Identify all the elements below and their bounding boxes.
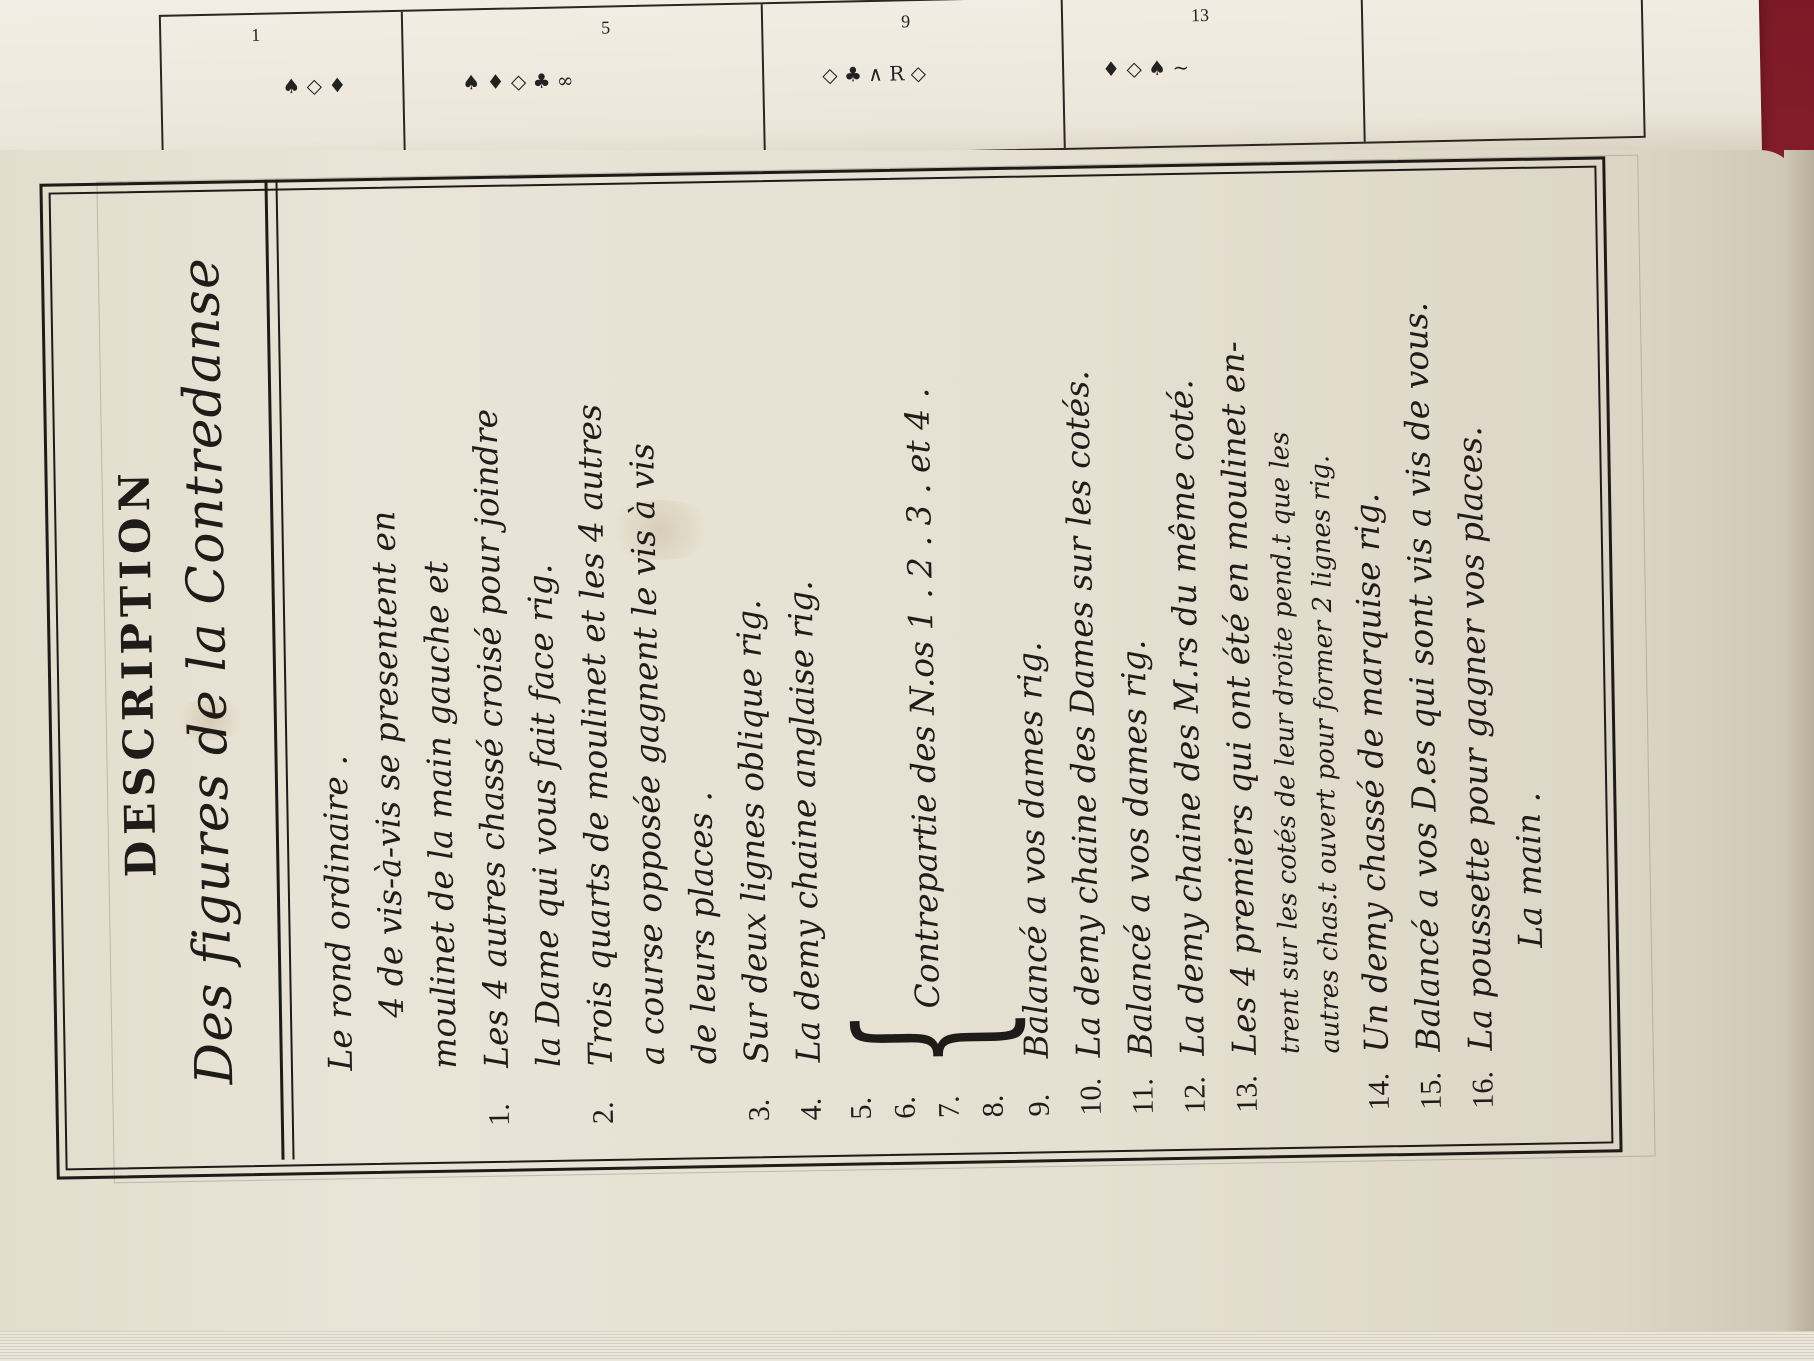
figure-number: 16. [1457,1050,1510,1109]
curly-brace-icon: { [834,1006,1025,1070]
title-block: DESCRIPTION Des figures de la Contredans… [54,180,291,1164]
line-text: Les 4 autres chassé croisé pour joindre [465,409,515,1069]
line-text: de leurs places . [680,791,724,1065]
line-text: Balancé a vos D.es qui sont vis a vis de… [1396,302,1448,1052]
dancer-symbol-icon: ♠ ◇ ♦ [282,73,346,98]
engraved-content: DESCRIPTION Des figures de la Contredans… [49,157,1616,1174]
line-text: trent sur les cotés de leur droite pend.… [1265,431,1306,1054]
diagram-cell: 1 ♠ ◇ ♦ [161,12,406,167]
line-text: Balancé a vos dames rig. [1114,639,1160,1057]
line-text: La demy chaine des M.rs du même coté. [1161,379,1212,1056]
brace-group: 5. 6. 7. 8. { Contrepartie des N.os 1 . … [820,187,1012,1120]
diagram-cell-number: 9 [901,11,910,32]
line-text: Un demy chassé de marquise rig. [1347,493,1396,1053]
page-title: DESCRIPTION [104,182,170,1163]
page-edge [1784,150,1814,1361]
figure-number: 14. [1353,1052,1406,1111]
line-text: La main . [1508,792,1550,949]
rotated-text-block: DESCRIPTION Des figures de la Contredans… [54,157,1611,1164]
figure-number: 15. [1405,1051,1458,1110]
figure-number: 10. [1065,1057,1118,1116]
line-text: la Dame qui vous fait face rig. [520,563,568,1067]
dancer-symbol-icon: ♠ ♦ ◇ ♣ ∞ [462,68,574,94]
line-text: Les 4 premiers qui ont été en moulinet e… [1212,341,1263,1055]
dancer-symbol-icon: ◇ ♣ ∧ R ◇ [822,61,926,87]
figure-number: 9. [1013,1058,1066,1117]
diagram-cell-number: 1 [251,25,260,46]
figure-number: 11. [1117,1056,1170,1115]
diagram-cell-number: 5 [601,17,610,38]
line-text: Balancé a vos dames rig. [1010,641,1056,1059]
page-subtitle: Des figures de la Contredanse [169,180,246,1161]
figure-diagram-grid: 1 ♠ ◇ ♦ 5 ♠ ♦ ◇ ♣ ∞ 9 ◇ ♣ ∧ R ◇ 13 ♦ ◇ ♠… [159,0,1646,169]
dancer-symbol-icon: ♦ ◇ ♠ ~ [1102,55,1190,81]
line-text: a course opposée gagnent le vis à vis [622,443,672,1066]
figure-number: 3. [733,1063,786,1122]
line-text: autres chas.t ouvert pour former 2 ligne… [1305,455,1345,1054]
figure-number: 12. [1169,1055,1222,1114]
line-text: 4 de vis-à-vis se presentent en [363,510,411,1018]
figure-number: 4. [785,1062,838,1121]
line-text: Sur deux lignes oblique rig. [729,599,776,1064]
line-text: Trois quarts de moulinet et les 4 autres [569,404,620,1067]
diagram-cell: 5 ♠ ♦ ◇ ♣ ∞ [401,4,766,162]
line-text: La demy chaine anglaise rig. [781,580,828,1063]
diagram-cell: 13 ♦ ◇ ♠ ~ [1061,0,1366,148]
diagram-cell: 9 ◇ ♣ ∧ R ◇ [761,0,1066,154]
diagram-cell-number: 13 [1191,5,1209,26]
page-stack-edge [0,1331,1814,1361]
figure-number: 13. [1221,1054,1274,1113]
line-text: moulinet de la main gauche et [416,561,464,1069]
figure-list: Le rond ordinaire . 4 de vis-à-vis se pr… [300,178,1560,1130]
brace-note: Contrepartie des N.os 1 . 2 . 3 . et 4 . [891,387,954,1008]
line-text: La poussette pour gagner vos places. [1450,426,1500,1051]
figure-number: 1. [473,1067,526,1126]
line-text: La demy chaine des Dames sur les cotés. [1057,370,1108,1058]
figure-number: 2. [577,1066,630,1125]
line-text: Le rond ordinaire . [316,755,361,1071]
